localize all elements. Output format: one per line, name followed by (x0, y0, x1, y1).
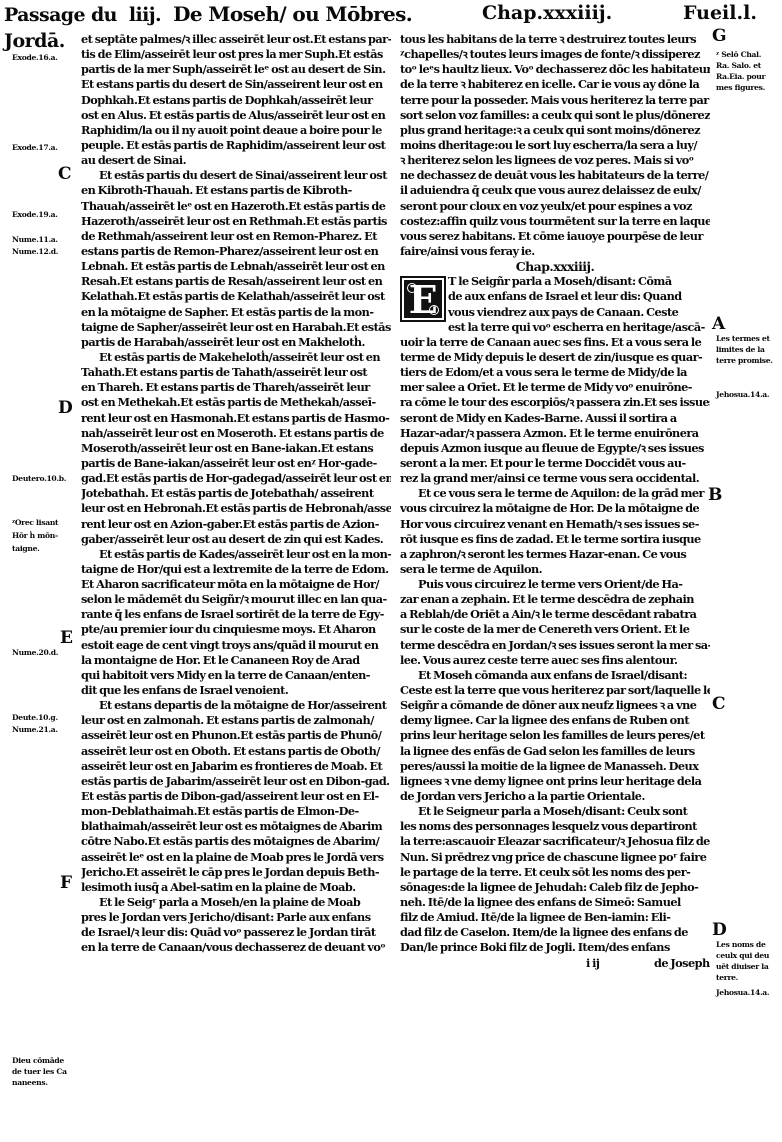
text-line: ost en Alus. Et estās partis de Alus/ass… (81, 108, 391, 123)
marginal-note: naneens. (12, 1078, 48, 1087)
section-marker-letter: A (712, 314, 725, 334)
text-line: peres/aussi la moitie de la lignee de Ma… (400, 759, 710, 774)
text-line: cōtre Nabo.Et estās partis des mōtaignes… (81, 834, 391, 849)
text-line: seront de Midy en Kades-Barne. Aussi il … (400, 411, 710, 426)
text-line: blathaimah/asseirēt leur ost es mōtaigne… (81, 819, 391, 834)
marginal-note: Exode.17.a. (12, 143, 58, 152)
text-line: terme de Midy depuis le desert de zin/iu… (400, 350, 710, 365)
text-line: uoir la terre de Canaan auec ses fins. E… (400, 335, 710, 350)
section-marker-letter: C (58, 164, 72, 184)
text-line: Hazar-adar/ꝛ passera Azmon. Et le terme … (400, 426, 710, 441)
decorated-initial-icon: E (400, 276, 446, 322)
right-column-body-text: uoir la terre de Canaan auec ses fins. E… (400, 335, 710, 956)
text-line: rent leur ost en Hasmonah.Et estans part… (81, 411, 391, 426)
text-line: pres le Jordan vers Jericho/disant: Parl… (81, 910, 391, 925)
text-line: Et le Seigneur parla a Moseh/disant: Ceu… (400, 804, 710, 819)
text-line: de Rethmah/asseirent leur ost en Remon-P… (81, 229, 391, 244)
text-line: partis de la mer Suph/asseirēt leᵉ ost a… (81, 62, 391, 77)
text-line: mon-Deblathaimah.Et estās partis de Elmo… (81, 804, 391, 819)
section-marker-letter: F (60, 873, 72, 893)
text-line: Et estās partis de Dibon-gad/asseirent l… (81, 789, 391, 804)
text-line: leur ost en Hebronah.Et estās partis de … (81, 501, 391, 516)
text-line: partis de Harabah/asseirēt leur ost en M… (81, 335, 391, 350)
text-line: la terre:ascauoir Eleazar sacrificateur/… (400, 834, 710, 849)
text-line: Dan/le prince Boki filz de Jogli. Item/d… (400, 940, 710, 955)
text-line: Seigñr a cōmande de dōner aux neufz lign… (400, 698, 710, 713)
text-line: asseirēt leur ost en Jabarim es frontier… (81, 759, 391, 774)
text-line: moins dheritage:ou le sort luy escherra/… (400, 138, 710, 153)
text-line: Kelathah.Et estās partis de Kelathah/ass… (81, 289, 391, 304)
catchword: de Joseph (654, 956, 710, 971)
text-line: Et estās partis de Kades/asseirēt leur o… (81, 547, 391, 562)
signature-mark: i ij (586, 956, 599, 971)
text-line: tiers de Edom/et a vous sera le terme de… (400, 365, 710, 380)
text-line: asseirēt leᵉ ost en la plaine de Moab pr… (81, 850, 391, 865)
text-line: neh. Itē/de la lignee des enfans de Sime… (400, 895, 710, 910)
text-line: sera le terme de Aquilon. (400, 562, 710, 577)
marginal-note: Exode.16.a. (12, 53, 58, 62)
text-line: sur le coste de la mer de Cenereth vers … (400, 622, 710, 637)
text-line: costez:affin quilz vous tourmētent sur l… (400, 214, 710, 229)
text-line: toᵒ leᵉs haultz lieux. Voᵒ dechasserez d… (400, 62, 710, 77)
text-line: Ceste est la terre que vous heriterez pa… (400, 683, 710, 698)
running-title: Passage du (4, 4, 117, 26)
text-line: rōt iusque es fins de zadad. Et le terme… (400, 532, 710, 547)
text-line: ne dechassez de deuāt vous les habitateu… (400, 168, 710, 183)
text-line: et septāte palmes/ꝛ illec asseirēt leur … (81, 32, 391, 47)
text-line: rent leur ost en Azion-gaber.Et estās pa… (81, 517, 391, 532)
text-line: Raphidim/la ou il ny auoit point deaue a… (81, 123, 391, 138)
text-line: lesimoth iusq̄ a Abel-satim en la plaine… (81, 880, 391, 895)
text-line: la lignee des enfās de Gad selon les fam… (400, 744, 710, 759)
marginal-note: Nume.21.a. (12, 725, 58, 734)
marginal-note: terre promise. (716, 356, 773, 365)
marginal-note: ᵡOrec lisant (12, 518, 58, 527)
running-number: liij. (129, 4, 161, 26)
text-line: Moseroth/asseirēt leur ost en Bane-iakan… (81, 441, 391, 456)
text-line: taigne de Hor/qui est a lextremite de la… (81, 562, 391, 577)
text-line: en la mōtaigne de Sapher. Et estās parti… (81, 305, 391, 320)
text-line: il aduiendra q̄ ceulx que vous aurez del… (400, 183, 710, 198)
text-line: terme descēdra en Jordan/ꝛ ses issues se… (400, 638, 710, 653)
text-line: en Thareh. Et estans partis de Thareh/as… (81, 380, 391, 395)
text-line: Et ce vous sera le terme de Aquilon: de … (400, 486, 710, 501)
text-line: plus grand heritage:ꝛ a ceulx qui sont m… (400, 123, 710, 138)
text-line: lee. Vous aurez ceste terre auec ses fin… (400, 653, 710, 668)
text-line: Et estans partis du desert de Sin/asseir… (81, 77, 391, 92)
left-text-column: et septāte palmes/ꝛ illec asseirēt leur … (81, 32, 391, 956)
text-line: peuple. Et estās partis de Raphidim/asse… (81, 138, 391, 153)
text-line: Et Aharon sacrificateur mōta en la mōtai… (81, 577, 391, 592)
text-line: mer salee a Orīet. Et le terme de Midy v… (400, 380, 710, 395)
marginal-note: Les noms de (716, 940, 765, 949)
text-line: en Kibroth-Thauah. Et estans partis de K… (81, 183, 391, 198)
book-page: Passage du liij. De Moseh/ ou Mōbres. Ch… (0, 0, 782, 1142)
text-line: a zaphron/ꝛ seront les termes Hazar-enan… (400, 547, 710, 562)
chapter-header: Chap.xxxiiij. (482, 2, 612, 32)
running-subject: De Moseh/ ou Mōbres. (173, 2, 412, 26)
chapter-heading: Chap.xxxiiij. (400, 259, 710, 274)
text-line: de Israel/ꝛ leur dis: Quād voᵒ passerez … (81, 925, 391, 940)
text-line: les noms des personnages lesquelz vous d… (400, 819, 710, 834)
text-line: T le Seigñr parla a Moseh/disant: Cōmā (400, 274, 710, 289)
text-line: filz de Amiud. Itē/de la lignee de Ben-i… (400, 910, 710, 925)
right-column-opening-text: tous les habitans de la terre ꝛ destruir… (400, 32, 710, 259)
text-line: gad.Et estās partis de Hor-gadegad/assei… (81, 471, 391, 486)
text-line: selon le mādemēt du Seigñr/ꝛ mourut ille… (81, 592, 391, 607)
text-line: Resah.Et estans partis de Resah/asseiren… (81, 274, 391, 289)
text-line: qui habitoit vers Midy en la terre de Ca… (81, 668, 391, 683)
text-line: pte/au premier iour du cinquiesme moys. … (81, 622, 391, 637)
text-line: Et estās partis de Makehelotḣ/asseirēt l… (81, 350, 391, 365)
text-line: Thauah/asseirēt leᵉ ost en Hazeroth.Et e… (81, 199, 391, 214)
section-marker-letter: B (708, 485, 722, 505)
text-line: asseirēt leur ost en Oboth. Et estans pa… (81, 744, 391, 759)
text-line: Tahath.Et estans partis de Tahath/asseir… (81, 365, 391, 380)
text-line: seront a la mer. Et pour le terme Doccid… (400, 456, 710, 471)
text-line: demy lignee. Car la lignee des enfans de… (400, 713, 710, 728)
text-line: a Reblah/de Oriēt a Ain/ꝛ le terme descē… (400, 607, 710, 622)
text-line: ra cōme le tour des escorpiōs/ꝛ passera … (400, 395, 710, 410)
marginal-note: Ra. Salo. et (716, 61, 761, 70)
section-marker-letter: D (58, 398, 73, 418)
text-line: de aux enfans de Israel et leur dis: Qua… (400, 289, 710, 304)
text-line: Et le Seigʳ parla a Moseh/en la plaine d… (81, 895, 391, 910)
text-line: taigne de Sapher/asseirēt leur ost en Ha… (81, 320, 391, 335)
text-line: leur ost en zalmonah. Et estans partis d… (81, 713, 391, 728)
marginal-note: Jehosua.14.a. (716, 390, 769, 399)
text-line: vous circuirez la mōtaigne de Hor. De la… (400, 501, 710, 516)
text-line: Lebnah. Et estās partis de Lebnah/asseir… (81, 259, 391, 274)
section-marker-letter: E (60, 628, 73, 648)
text-line: sort selon voz familles: a ceulx qui son… (400, 108, 710, 123)
text-line: Puis vous circuirez le terme vers Orient… (400, 577, 710, 592)
text-line: tous les habitans de la terre ꝛ destruir… (400, 32, 710, 47)
text-line: Et estans departis de la mōtaigne de Hor… (81, 698, 391, 713)
right-text-column: tous les habitans de la terre ꝛ destruir… (400, 32, 710, 972)
page-footer: i ij de Joseph (400, 956, 710, 972)
text-line: rez la grand mer/ainsi ce terme vous ser… (400, 471, 710, 486)
marginal-note: Deute.10.g. (12, 713, 58, 722)
text-line: prins leur heritage selon les familles d… (400, 728, 710, 743)
text-line: Et estās partis du desert de Sinai/assei… (81, 168, 391, 183)
marginal-note: taigne. (12, 544, 40, 553)
marginal-note: Les termes et (716, 334, 770, 343)
text-line: Nun. Si prēdrez vng prīce de chascune li… (400, 850, 710, 865)
text-line: ꝛ heriterez selon les lignees de voz per… (400, 153, 710, 168)
marginal-note: Nume.12.d. (12, 247, 58, 256)
text-line: Hazeroth/asseirēt leur ost en Rethmah.Et… (81, 214, 391, 229)
text-line: en la terre de Canaan/vous dechasserez d… (81, 940, 391, 955)
section-marker-letter: C (712, 694, 726, 714)
section-marker-letter: G (712, 26, 727, 46)
text-line: tis de Elim/asseirēt leur ost pres la me… (81, 47, 391, 62)
text-line: dit que les enfans de Israel venoient. (81, 683, 391, 698)
text-line: terre pour la posseder. Mais vous herite… (400, 93, 710, 108)
marginal-note: Jehosua.14.a. (716, 988, 769, 997)
marginal-note: Hōr ḣ mōn- (12, 531, 58, 540)
text-line: seront pour cloux en voz yeulx/et pour e… (400, 199, 710, 214)
running-header-left: Passage du liij. De Moseh/ ou Mōbres. (4, 2, 418, 32)
text-line: partis de Bane-iakan/asseirēt leur ost e… (81, 456, 391, 471)
text-line: rante q̄ les enfans de Israel sortirēt d… (81, 607, 391, 622)
text-line: ost en Methekah.Et estās partis de Methe… (81, 395, 391, 410)
text-line: ᵡchapelles/ꝛ toutes leurs images de font… (400, 47, 710, 62)
text-line: Dophkah.Et estans partis de Dophkah/asse… (81, 93, 391, 108)
marginal-note: limites de la (716, 345, 765, 354)
text-line: de la terre ꝛ habiterez en icelle. Car i… (400, 77, 710, 92)
text-line: estās partis de Jabarim/asseirēt leur os… (81, 774, 391, 789)
text-line: nah/asseirēt leur ost en Moseroth. Et es… (81, 426, 391, 441)
text-line: estoit eage de cent vingt troys ans/quād… (81, 638, 391, 653)
text-line: le partage de la terre. Et ceulx sōt les… (400, 865, 710, 880)
text-line: dad filz de Caselon. Item/de la lignee d… (400, 925, 710, 940)
marginal-note: terre. (716, 973, 738, 982)
marginal-note: Nume.11.a. (12, 235, 58, 244)
marginal-note: Exode.19.a. (12, 210, 58, 219)
marginal-note: ceulx qui deu (716, 951, 769, 960)
marginal-note: Ra.Eia. pour (716, 72, 765, 81)
text-line: vous serez habitans. Et cōme iauoye pour… (400, 229, 710, 244)
margin-title-word: Jordā. (4, 30, 65, 52)
text-line: lignees ꝛ vne demy lignee ont prins leur… (400, 774, 710, 789)
marginal-note: Deutero.10.b. (12, 474, 66, 483)
text-line: sōnages:de la lignee de Jehudah: Caleb f… (400, 880, 710, 895)
text-line: gaber/asseirēt leur ost au desert de zin… (81, 532, 391, 547)
text-line: vous viendrez aux pays de Canaan. Ceste (400, 305, 710, 320)
marginal-note: mes figures. (716, 83, 765, 92)
text-line: faire/ainsi vous feray ie. (400, 244, 710, 259)
section-marker-letter: D (712, 920, 727, 940)
text-line: la montaigne de Hor. Et le Cananeen Roy … (81, 653, 391, 668)
text-line: depuis Azmon iusque au fleuue de Egypte/… (400, 441, 710, 456)
text-line: zar enan a zephain. Et le terme descēdra… (400, 592, 710, 607)
marginal-note: ᵡ Selō Chal. (716, 50, 761, 59)
marginal-note: Nume.20.d. (12, 648, 58, 657)
marginal-note: Dieu cōmāde (12, 1056, 64, 1065)
marginal-note: de tuer les Ca (12, 1067, 67, 1076)
text-line: estans partis de Remon-Pharez/asseirent … (81, 244, 391, 259)
chapter-opening: E T le Seigñr parla a Moseh/disant: Cōmā… (400, 274, 710, 335)
marginal-note: uēt diuiser la (716, 962, 768, 971)
text-line: est la terre qui voᵒ escherra en heritag… (400, 320, 710, 335)
text-line: asseirēt leur ost en Phunon.Et estās par… (81, 728, 391, 743)
text-line: de Jordan vers Jericho a la partie Orien… (400, 789, 710, 804)
text-line: Jericho.Et asseirēt le cāp pres le Jorda… (81, 865, 391, 880)
text-line: au desert de Sinai. (81, 153, 391, 168)
text-line: Jotebathah. Et estās partis de Jotebatha… (81, 486, 391, 501)
text-line: Hor vous circuirez venant en Hemath/ꝛ se… (400, 517, 710, 532)
text-line: Et Moseh cōmanda aux enfans de Israel/di… (400, 668, 710, 683)
